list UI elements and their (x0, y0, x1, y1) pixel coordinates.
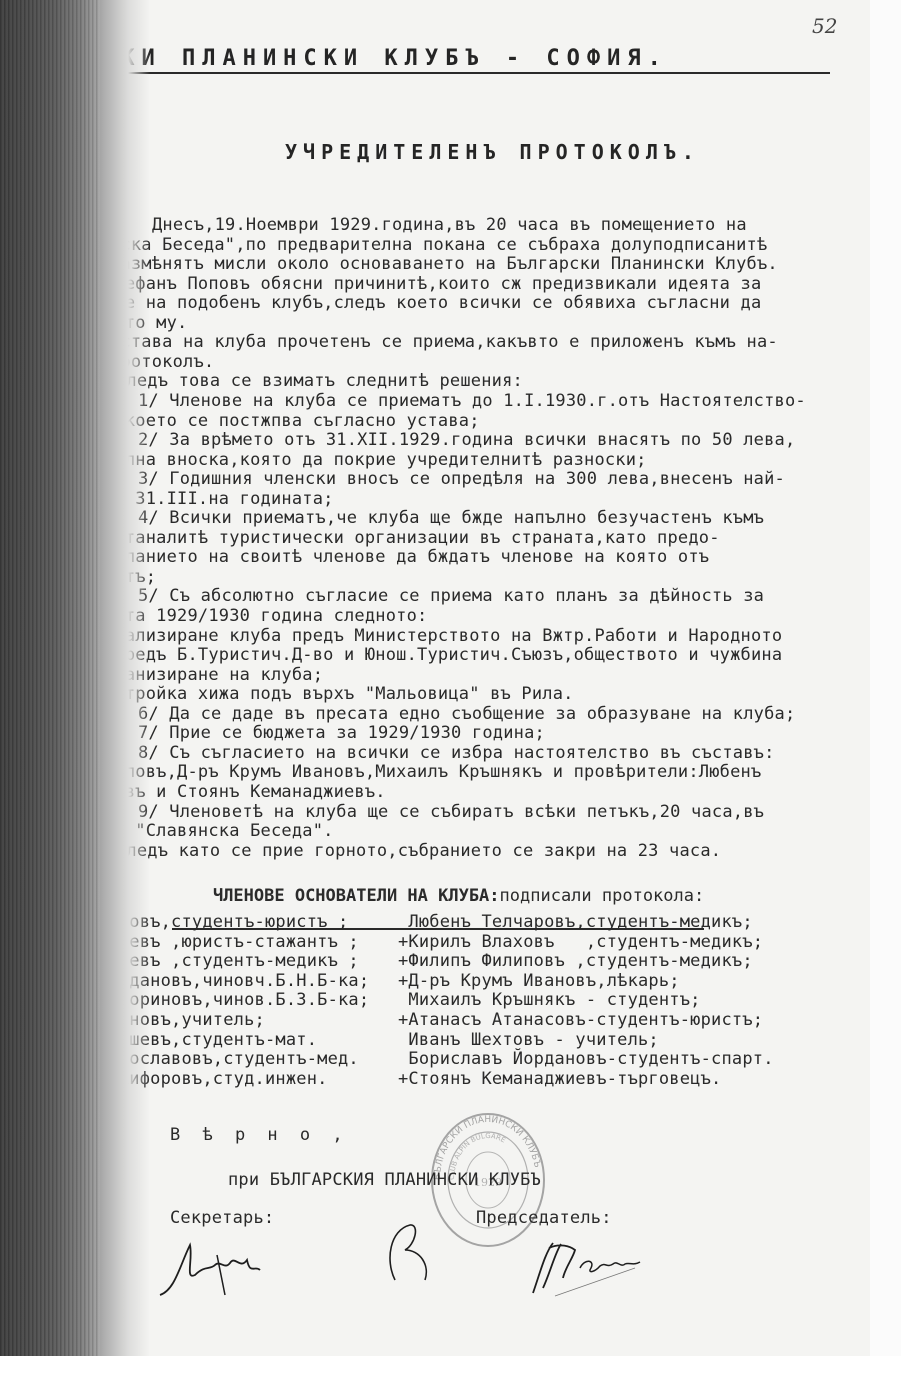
organization-header: ЛГАРСКИ ПЛАНИНСКИ КЛУБЪ - СОФИЯ. (20, 46, 830, 74)
founders-heading-bold: ЧЛЕНОВЕ ОСНОВАТЕЛИ НА КЛУБА: (213, 886, 500, 906)
founder-entry: Ценевъ ,студентъ-медикъ ; (98, 951, 359, 971)
body-line: желанието на своитѣ членове да бждатъ чл… (104, 547, 709, 567)
founder-entry: Тодориновъ,чинов.Б.З.Б-ка; (98, 990, 369, 1010)
document-page: 52 ЛГАРСКИ ПЛАНИНСКИ КЛУБЪ - СОФИЯ. ПИСЪ… (0, 0, 870, 1356)
founder-entry: +Филипъ Филиповъ ,студентъ-медикъ; (398, 951, 753, 971)
body-line: нето му. (104, 313, 187, 333)
scan-margin-bottom (0, 1356, 901, 1377)
body-line: 2/ За врѣмето отъ 31.XII.1929.година вси… (138, 430, 795, 450)
body-line: на "Славянска Беседа". (104, 821, 334, 841)
certified-label: В ѣ р н о , (170, 1125, 349, 1145)
body-line: нска Беседа",по предварителна покана се … (110, 235, 767, 255)
founders-heading-rest: подписали протокола: (500, 886, 705, 906)
founder-entry: Иванъ Шехтовъ - учитель; (398, 1030, 659, 1050)
founder-entry: Ивановъ,учитель; (98, 1010, 265, 1030)
body-line: ровъ и Стоянъ Кеманаджиевъ. (104, 782, 386, 802)
body-line: 9/ Членоветѣ на клуба ще се събиратъ всѣ… (138, 802, 764, 822)
body-line: Стефанъ Поповъ обясни причинитѣ,които сж… (104, 274, 761, 294)
body-line: лятъ; (104, 567, 156, 587)
body-line: рганизиране на клуба; (104, 665, 323, 685)
founder-entry: Никифоровъ,студ.инжен. (98, 1069, 328, 1089)
body-line: 4/ Всички приематъ,че клуба ще бжде напъ… (138, 508, 764, 528)
body-line: ,предъ Б.Туристич.Д-во и Юнош.Туристич.С… (104, 645, 782, 665)
founder-entry: Бориславъ Йордановъ-студентъ-спарт. (398, 1049, 774, 1069)
founder-entry: Любенъ Телчаровъ,студентъ-медикъ; (398, 912, 753, 932)
founder-entry: Радевъ ,юристъ-стажантъ ; (98, 932, 359, 952)
founder-entry: Радославовъ,студентъ-мед. (98, 1049, 359, 1069)
body-line: Поповъ,Д-ръ Крумъ Ивановъ,Михаилъ Кръшня… (104, 762, 761, 782)
secretary-signature (155, 1235, 265, 1305)
body-line: размѣнятъ мисли около основаването на Бъ… (110, 254, 778, 274)
scan-margin-right (870, 0, 901, 1377)
founder-entry: Михаилъ Кръшнякъ - студентъ; (398, 990, 701, 1010)
body-line: Устава на клуба прочетенъ се приема,какъ… (110, 332, 778, 352)
body-line: егализиране клуба предъ Министерството н… (104, 626, 782, 646)
body-line: щата 1929/1930 година следното: (104, 606, 427, 626)
founder-entry: Каишевъ,студентъ-мат. (98, 1030, 317, 1050)
chairman-label: Председатель: (476, 1208, 612, 1228)
body-line: 8/ Съ съгласието на всички се избра наст… (138, 743, 775, 763)
body-line: ане на подобенъ клубъ,следъ което всички… (104, 293, 761, 313)
founder-entry: +Д-ръ Крумъ Ивановъ,лѣкарь; (398, 971, 680, 991)
body-line: останалитѣ туристически организации въ с… (104, 528, 720, 548)
body-line: 1/ Членове на клуба се приематъ до 1.I.1… (138, 391, 806, 411)
founder-entry: +Атанасъ Атанасовъ-студентъ-юристъ; (398, 1010, 763, 1030)
founder-entry: Поповъ,студентъ-юристъ ; (98, 912, 348, 932)
secretary-label: Секретарь: (170, 1208, 274, 1228)
founder-entry: +Стоянъ Кеманаджиевъ-търговецъ. (398, 1069, 721, 1089)
body-line: до 31.III.на годината; (104, 489, 334, 509)
document-title: УЧРЕДИТЕЛЕНЪ ПРОТОКОЛЪ. (285, 140, 700, 164)
body-line: 6/ Да се даде въ пресата едно съобщение … (138, 704, 795, 724)
body-line: протоколъ. (110, 352, 214, 372)
scan-artifact-lines (0, 0, 100, 1356)
page-number: 52 (812, 14, 837, 38)
body-line: ъ което се постжпва съгласно устава; (104, 411, 480, 431)
body-line: 7/ Прие се бюджета за 1929/1930 година; (138, 723, 545, 743)
section-label: ПИСЪ. (20, 104, 109, 128)
body-line: телна вноска,която да покрие учредителни… (104, 450, 647, 470)
chairman-signature (525, 1238, 675, 1298)
founder-entry: +Кирилъ Влаховъ ,студентъ-медикъ; (398, 932, 763, 952)
body-line: 5/ Съ абсолютно съгласие се приема като … (138, 586, 764, 606)
stamp-initial-scrawl (375, 1210, 435, 1290)
at-club-label: при БЪЛГАРСКИЯ ПЛАНИНСКИ КЛУБЪ (228, 1170, 541, 1190)
body-line: Следъ като се прие горното,събранието се… (116, 841, 721, 861)
body-line: 3/ Годишния членски вносъ се опредѣля на… (138, 469, 785, 489)
body-line: Следъ това се взиматъ следнитѣ решения: (116, 371, 523, 391)
founder-entry: Йордановъ,чиновч.Б.Н.Б-ка; (98, 971, 369, 991)
body-line: остройка хижа подъ върхъ "Мальовица" въ … (104, 684, 574, 704)
body-line: Днесъ,19.Ноември 1929.година,въ 20 часа … (152, 215, 747, 235)
